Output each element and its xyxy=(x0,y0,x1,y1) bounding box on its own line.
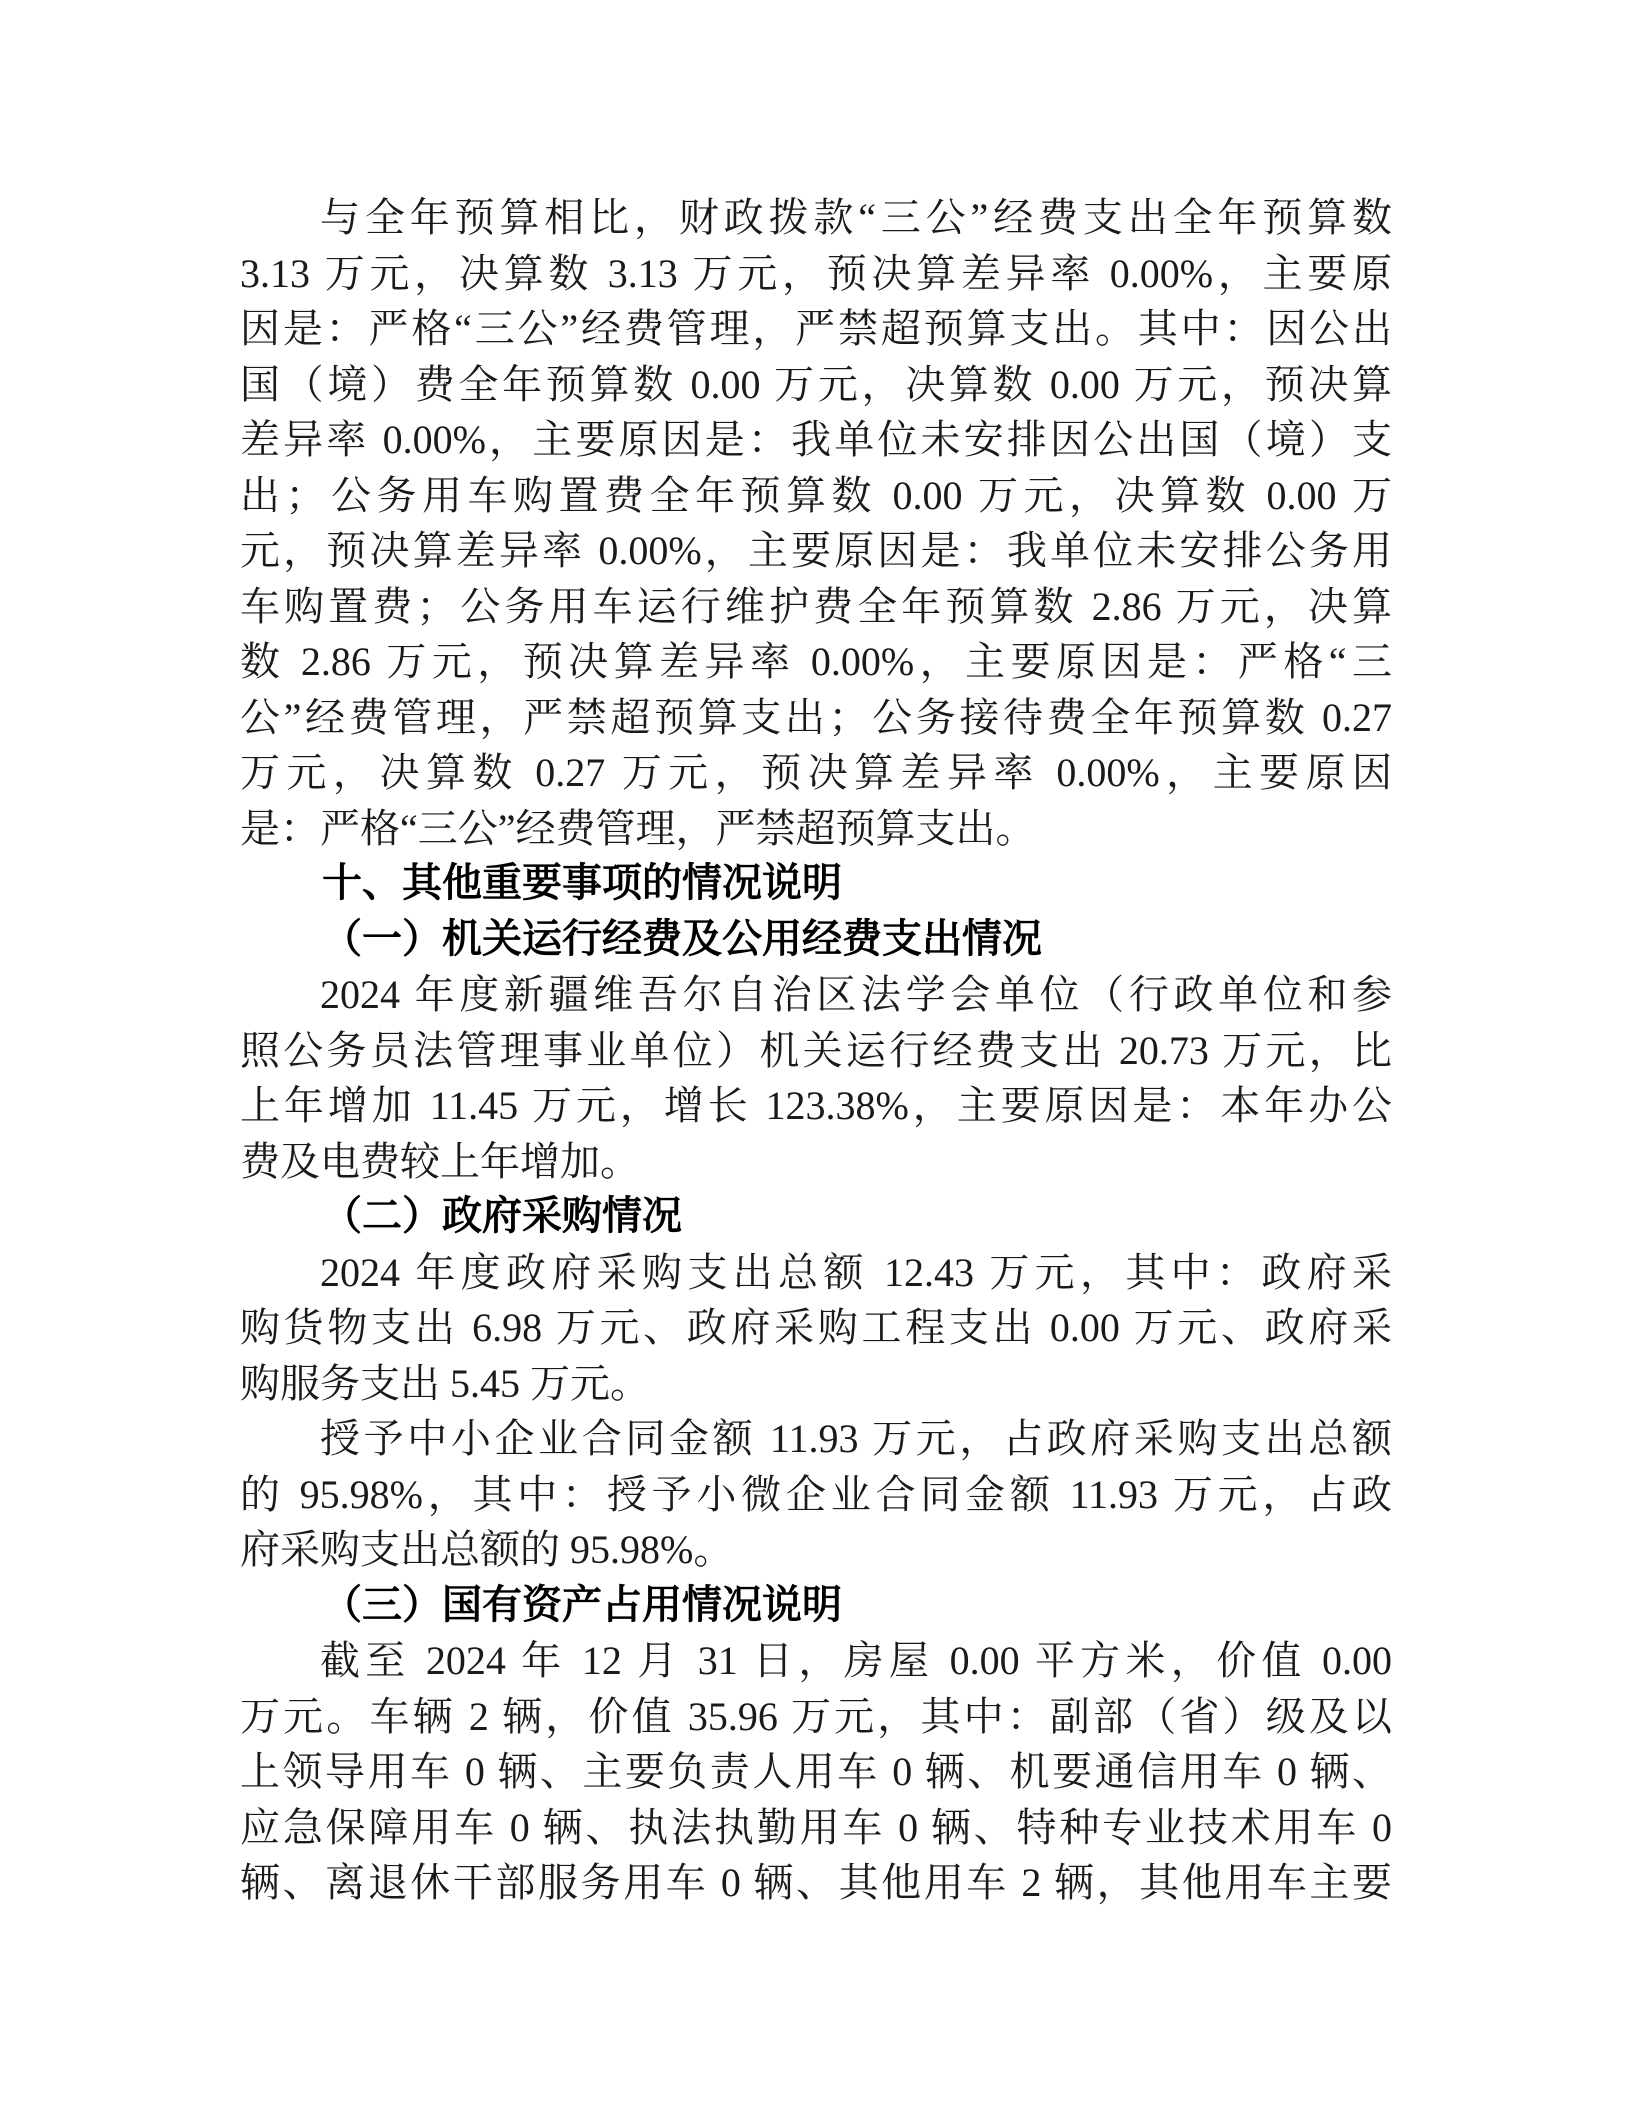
section-heading: （二）政府采购情况 xyxy=(240,1189,1392,1245)
paragraph-line: 府采购支出总额的 95.98%。 xyxy=(240,1522,1392,1578)
paragraph-line: 上年增加 11.45 万元，增长 123.38%，主要原因是：本年办公 xyxy=(240,1078,1392,1134)
paragraph-line: 因是：严格“三公”经费管理，严禁超预算支出。其中：因公出 xyxy=(240,301,1392,357)
paragraph-line: 上领导用车 0 辆、主要负责人用车 0 辆、机要通信用车 0 辆、 xyxy=(240,1744,1392,1800)
paragraph-line: 元，预决算差异率 0.00%，主要原因是：我单位未安排公务用 xyxy=(240,523,1392,579)
paragraph-line: 与全年预算相比，财政拨款“三公”经费支出全年预算数 xyxy=(240,190,1392,246)
document-page: 与全年预算相比，财政拨款“三公”经费支出全年预算数3.13 万元，决算数 3.1… xyxy=(0,0,1632,2112)
paragraph-line: 3.13 万元，决算数 3.13 万元，预决算差异率 0.00%，主要原 xyxy=(240,246,1392,302)
document-text: 与全年预算相比，财政拨款“三公”经费支出全年预算数3.13 万元，决算数 3.1… xyxy=(240,190,1392,1911)
paragraph-line: 差异率 0.00%，主要原因是：我单位未安排因公出国（境）支 xyxy=(240,412,1392,468)
paragraph-line: 购货物支出 6.98 万元、政府采购工程支出 0.00 万元、政府采 xyxy=(240,1300,1392,1356)
paragraph-line: 购服务支出 5.45 万元。 xyxy=(240,1356,1392,1412)
paragraph-line: 数 2.86 万元，预决算差异率 0.00%，主要原因是：严格“三 xyxy=(240,634,1392,690)
paragraph-line: 出；公务用车购置费全年预算数 0.00 万元，决算数 0.00 万 xyxy=(240,468,1392,524)
paragraph-line: 费及电费较上年增加。 xyxy=(240,1134,1392,1190)
paragraph-line: 截至 2024 年 12 月 31 日，房屋 0.00 平方米，价值 0.00 xyxy=(240,1633,1392,1689)
paragraph-line: 授予中小企业合同金额 11.93 万元，占政府采购支出总额 xyxy=(240,1411,1392,1467)
paragraph-line: 国（境）费全年预算数 0.00 万元，决算数 0.00 万元，预决算 xyxy=(240,357,1392,413)
paragraph-line: 万元。车辆 2 辆，价值 35.96 万元，其中：副部（省）级及以 xyxy=(240,1689,1392,1745)
paragraph-line: 的 95.98%，其中：授予小微企业合同金额 11.93 万元，占政 xyxy=(240,1467,1392,1523)
paragraph-line: 应急保障用车 0 辆、执法执勤用车 0 辆、特种专业技术用车 0 xyxy=(240,1800,1392,1856)
paragraph-line: 2024 年度政府采购支出总额 12.43 万元，其中：政府采 xyxy=(240,1245,1392,1301)
paragraph-line: 公”经费管理，严禁超预算支出；公务接待费全年预算数 0.27 xyxy=(240,690,1392,746)
section-heading: （三）国有资产占用情况说明 xyxy=(240,1578,1392,1634)
section-heading: 十、其他重要事项的情况说明 xyxy=(240,856,1392,912)
paragraph-line: 照公务员法管理事业单位）机关运行经费支出 20.73 万元，比 xyxy=(240,1023,1392,1079)
paragraph-line: 是：严格“三公”经费管理，严禁超预算支出。 xyxy=(240,801,1392,857)
paragraph-line: 车购置费；公务用车运行维护费全年预算数 2.86 万元，决算 xyxy=(240,579,1392,635)
paragraph-line: 万元，决算数 0.27 万元，预决算差异率 0.00%，主要原因 xyxy=(240,745,1392,801)
section-heading: （一）机关运行经费及公用经费支出情况 xyxy=(240,912,1392,968)
paragraph-line: 辆、离退休干部服务用车 0 辆、其他用车 2 辆，其他用车主要 xyxy=(240,1855,1392,1911)
paragraph-line: 2024 年度新疆维吾尔自治区法学会单位（行政单位和参 xyxy=(240,967,1392,1023)
